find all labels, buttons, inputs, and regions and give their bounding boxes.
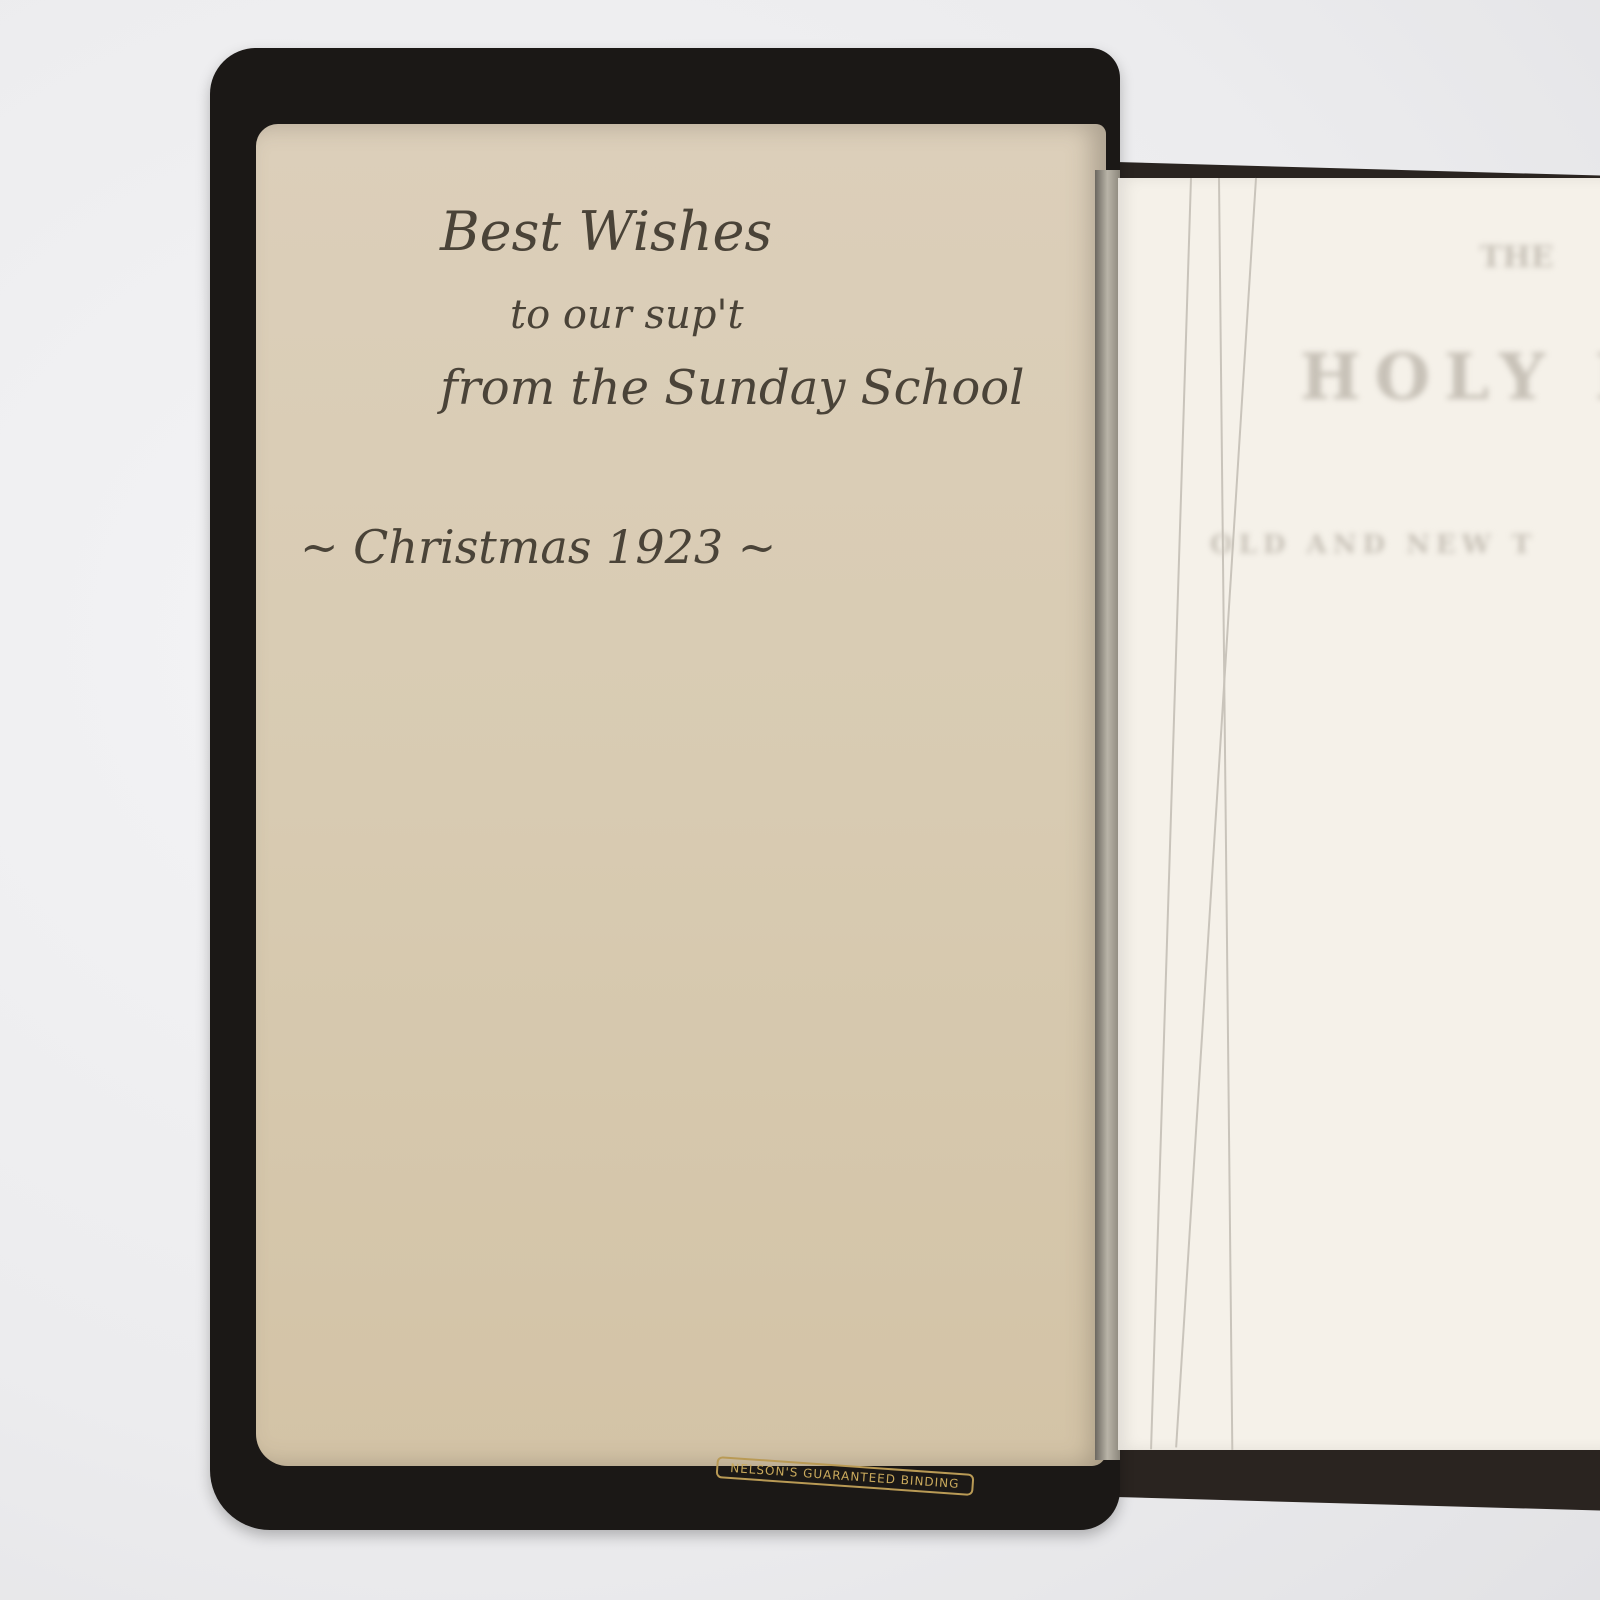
inscription-line-3: from the Sunday School (440, 360, 1025, 416)
inscription-date: ~ Christmas 1923 ~ (300, 520, 776, 574)
book-gutter (1095, 170, 1120, 1460)
title-holy-bible: HOLY B (1300, 340, 1600, 415)
inscription-line-2: to our sup't (510, 292, 744, 338)
title-the: THE (1480, 240, 1554, 275)
inscription-line-1: Best Wishes (440, 200, 772, 263)
title-testaments: OLD AND NEW T (1210, 530, 1537, 560)
